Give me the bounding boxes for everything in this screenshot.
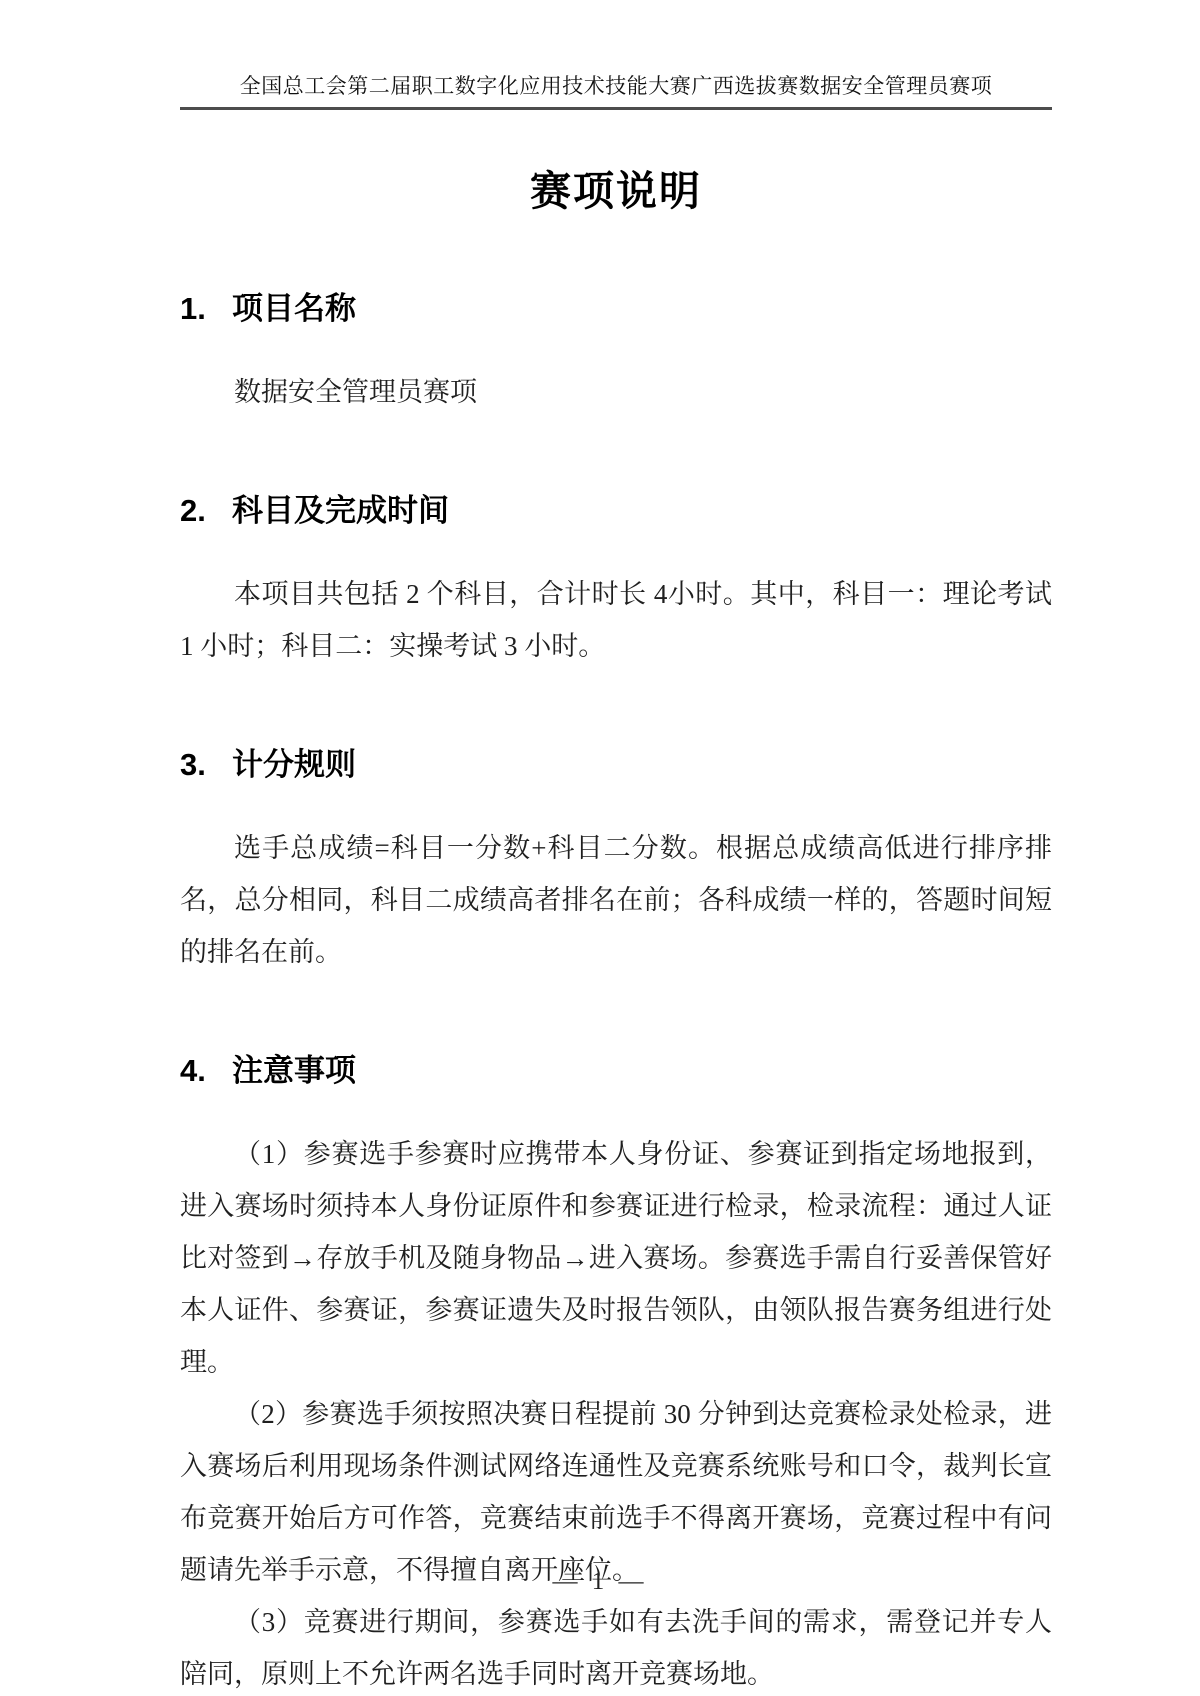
paragraph-note-1: （1）参赛选手参赛时应携带本人身份证、参赛证到指定场地报到，进入赛场时须持本人身… xyxy=(180,1128,1052,1388)
page-number: — 1 — xyxy=(0,1568,1200,1596)
section-project-name: 1. 项目名称 数据安全管理员赛项 xyxy=(180,290,1052,418)
document-title: 赛项说明 xyxy=(180,166,1052,216)
section-title: 计分规则 xyxy=(232,746,356,784)
paragraph: 选手总成绩=科目一分数+科目二分数。根据总成绩高低进行排序排名，总分相同，科目二… xyxy=(180,822,1052,978)
section-title: 项目名称 xyxy=(232,290,356,328)
paragraph: 本项目共包括 2 个科目，合计时长 4小时。其中，科目一：理论考试 1 小时；科… xyxy=(180,568,1052,672)
section-number: 1. xyxy=(180,290,232,328)
section-heading: 3. 计分规则 xyxy=(180,746,1052,784)
section-heading: 2. 科目及完成时间 xyxy=(180,492,1052,530)
section-subjects-duration: 2. 科目及完成时间 本项目共包括 2 个科目，合计时长 4小时。其中，科目一：… xyxy=(180,492,1052,672)
section-title: 科目及完成时间 xyxy=(232,492,449,530)
running-header-text: 全国总工会第二届职工数字化应用技术技能大赛广西选拔赛数据安全管理员赛项 xyxy=(180,70,1052,107)
header-rule xyxy=(180,107,1052,110)
paragraph: 数据安全管理员赛项 xyxy=(180,366,1052,418)
section-notes: 4. 注意事项 （1）参赛选手参赛时应携带本人身份证、参赛证到指定场地报到，进入… xyxy=(180,1052,1052,1696)
section-heading: 1. 项目名称 xyxy=(180,290,1052,328)
section-heading: 4. 注意事项 xyxy=(180,1052,1052,1090)
section-scoring-rules: 3. 计分规则 选手总成绩=科目一分数+科目二分数。根据总成绩高低进行排序排名，… xyxy=(180,746,1052,978)
paragraph-note-2: （2）参赛选手须按照决赛日程提前 30 分钟到达竞赛检录处检录，进入赛场后利用现… xyxy=(180,1388,1052,1596)
section-number: 3. xyxy=(180,746,232,784)
paragraph-note-3: （3）竞赛进行期间，参赛选手如有去洗手间的需求，需登记并专人陪同，原则上不允许两… xyxy=(180,1596,1052,1696)
section-number: 4. xyxy=(180,1052,232,1090)
document-page: 全国总工会第二届职工数字化应用技术技能大赛广西选拔赛数据安全管理员赛项 赛项说明… xyxy=(0,0,1200,1696)
section-number: 2. xyxy=(180,492,232,530)
section-title: 注意事项 xyxy=(232,1052,356,1090)
